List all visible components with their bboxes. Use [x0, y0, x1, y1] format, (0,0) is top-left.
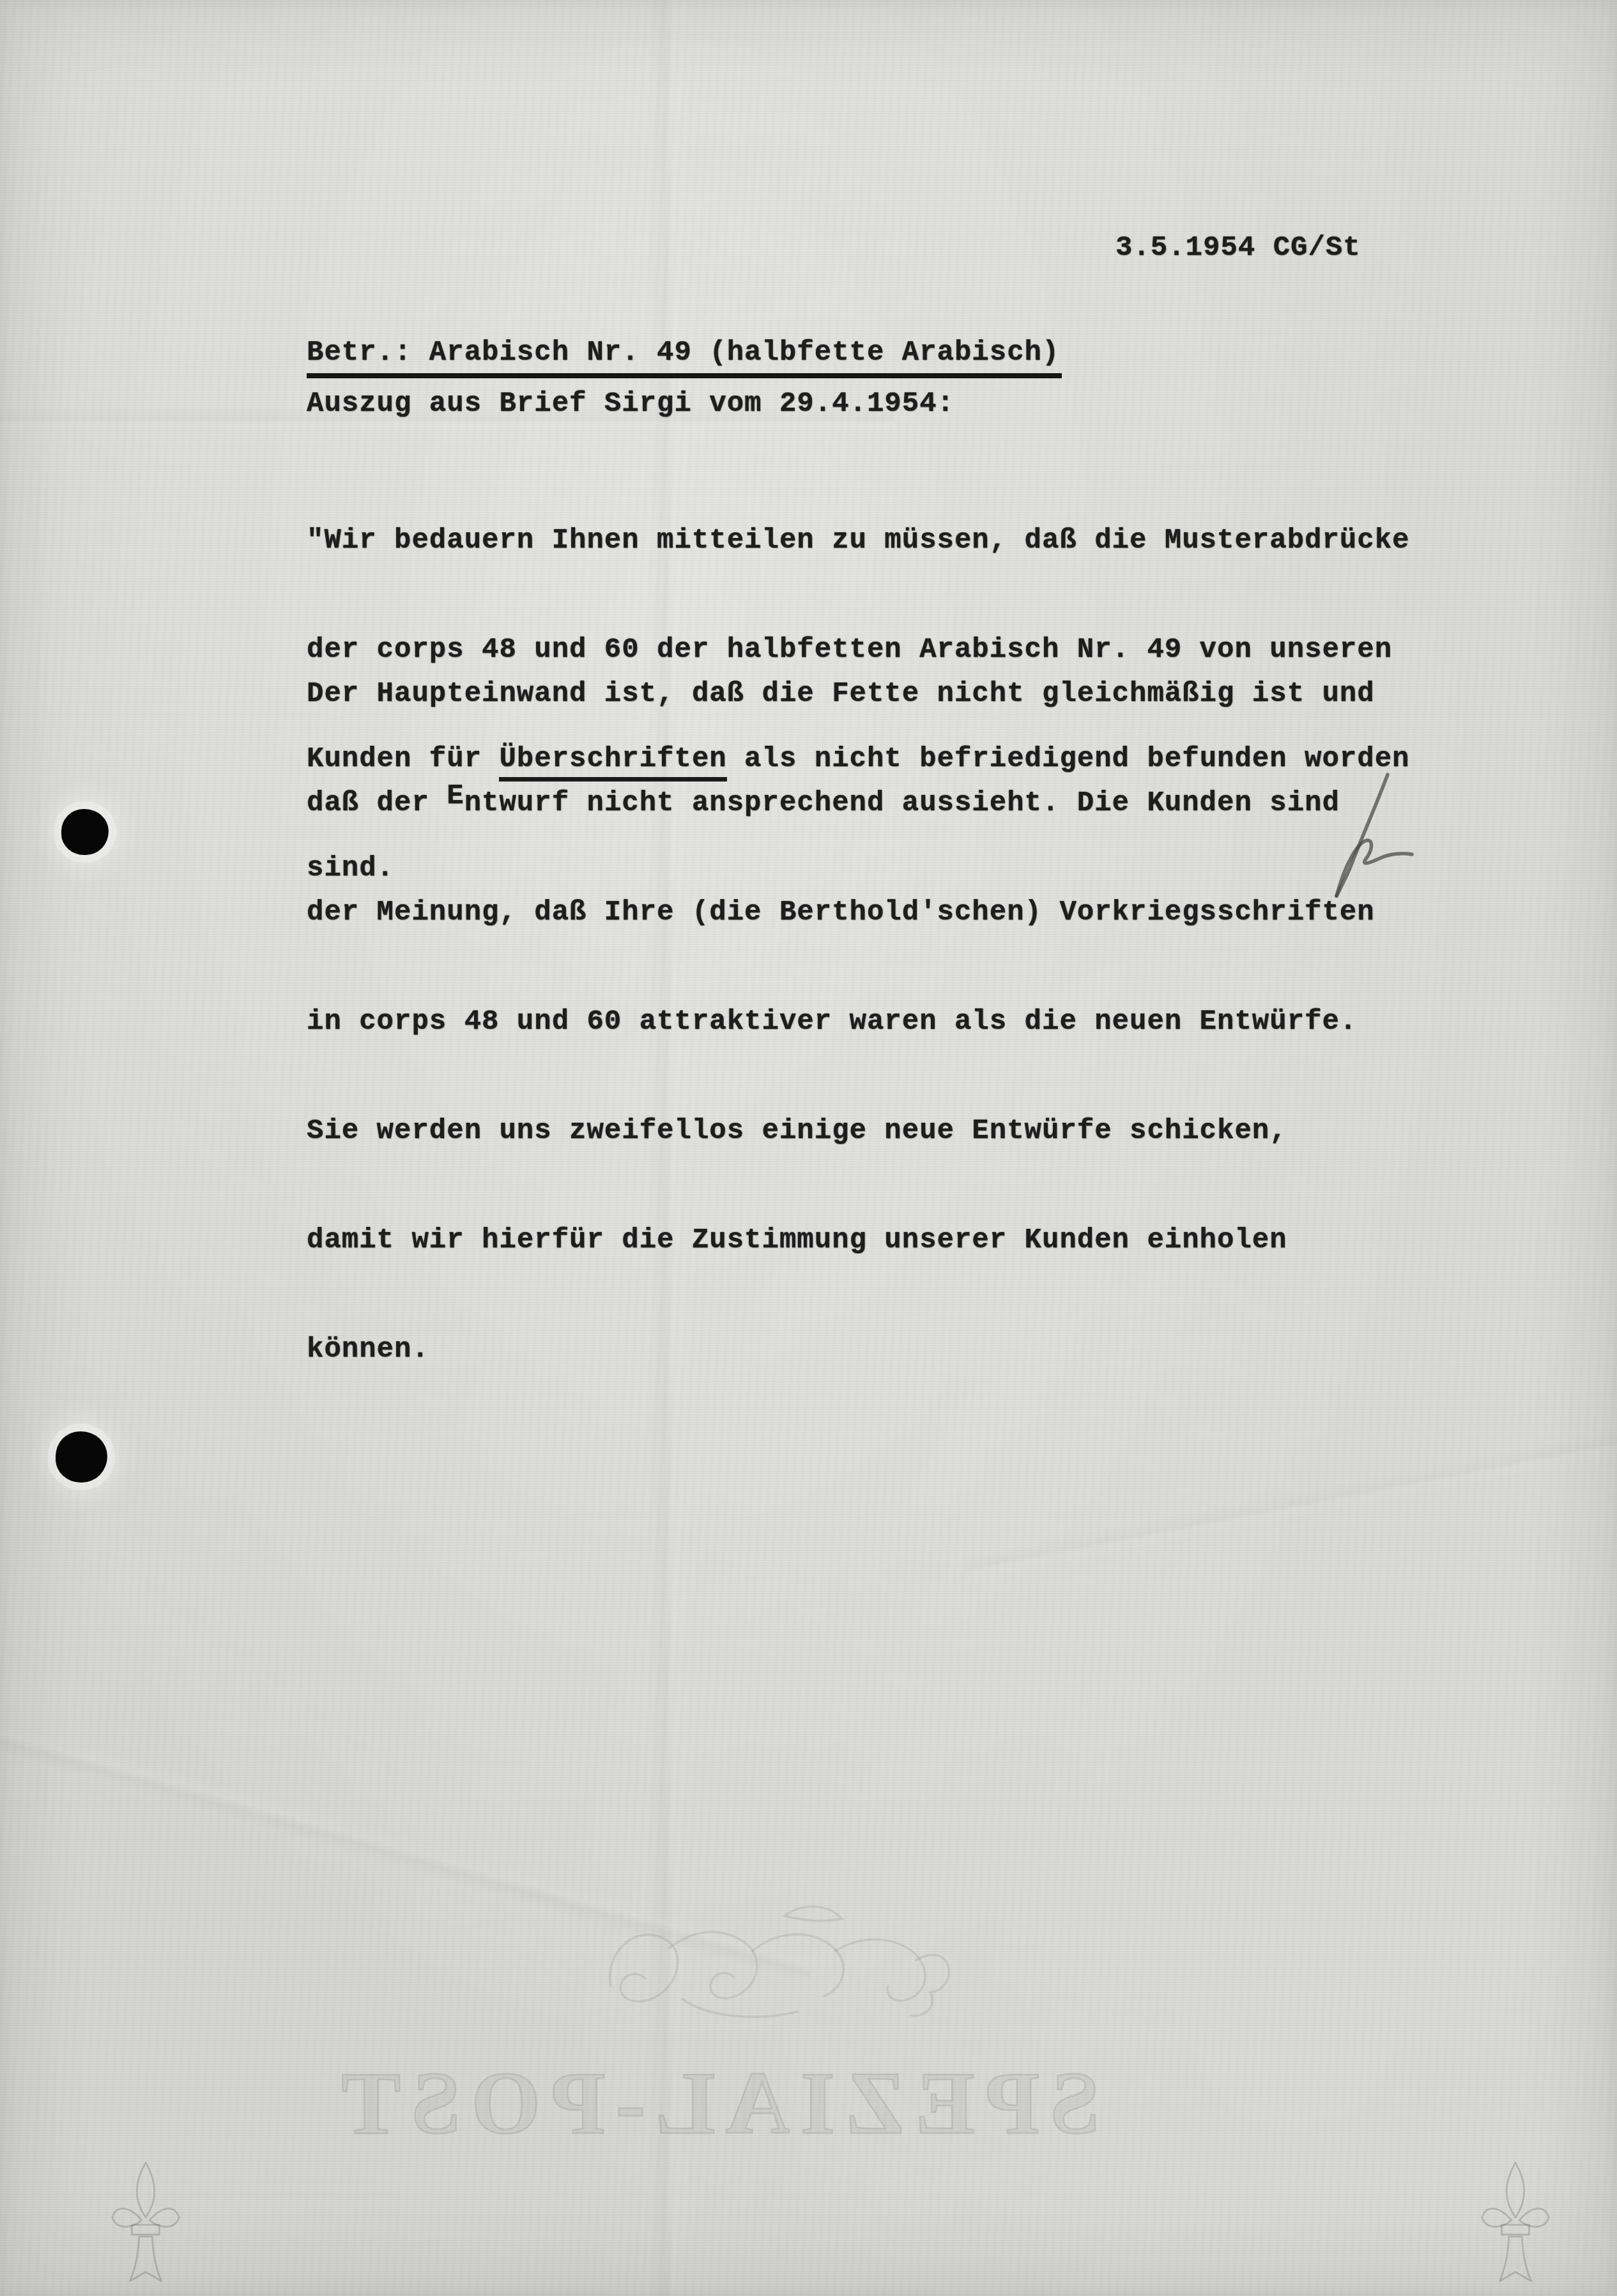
paragraph-2-line-1: Der Haupteinwand ist, daß die Fette nich…	[307, 676, 1375, 713]
line-2-pre: daß der	[307, 787, 447, 819]
subject-line: Betr.: Arabisch Nr. 49 (halbfette Arabis…	[307, 335, 1062, 371]
paragraph-2-line-7: können.	[307, 1332, 1375, 1368]
line-2-post: ntwurf nicht ansprechend aussieht. Die K…	[464, 787, 1340, 819]
paragraph-1-line-1: "Wir bedauern Ihnen mitteilen zu müssen,…	[307, 523, 1410, 559]
hole-punch-bottom	[56, 1431, 107, 1483]
scanned-letter-page: SPEZIAL-POST 3.5.1954 CG/St Betr.: Arabi…	[0, 0, 1617, 2296]
paragraph-2-line-4: in corps 48 und 60 attraktiver waren als…	[307, 1004, 1375, 1040]
fleur-de-lis-icon	[1477, 2159, 1554, 2290]
intro-line: Auszug aus Brief Sirgi vom 29.4.1954:	[307, 386, 954, 422]
date-line: 3.5.1954 CG/St	[1115, 230, 1361, 266]
paragraph-2-line-3: der Meinung, daß Ihre (die Berthold'sche…	[307, 895, 1375, 931]
paragraph-2-line-5: Sie werden uns zweifellos einige neue En…	[307, 1113, 1375, 1150]
paragraph-2-line-2: daß der Entwurf nicht ansprechend aussie…	[307, 785, 1375, 822]
hole-punch-top	[61, 809, 109, 855]
handwritten-initial	[1315, 759, 1430, 906]
watermark-crest	[593, 1890, 957, 2031]
watermark-text: SPEZIAL-POST	[331, 2059, 1100, 2148]
raised-letter: E	[447, 778, 464, 815]
paragraph-2: Der Haupteinwand ist, daß die Fette nich…	[307, 603, 1375, 1441]
fleur-de-lis-icon	[107, 2159, 184, 2290]
paragraph-2-line-6: damit wir hierfür die Zustimmung unserer…	[307, 1222, 1375, 1259]
subject-text: Betr.: Arabisch Nr. 49 (halbfette Arabis…	[307, 337, 1062, 378]
